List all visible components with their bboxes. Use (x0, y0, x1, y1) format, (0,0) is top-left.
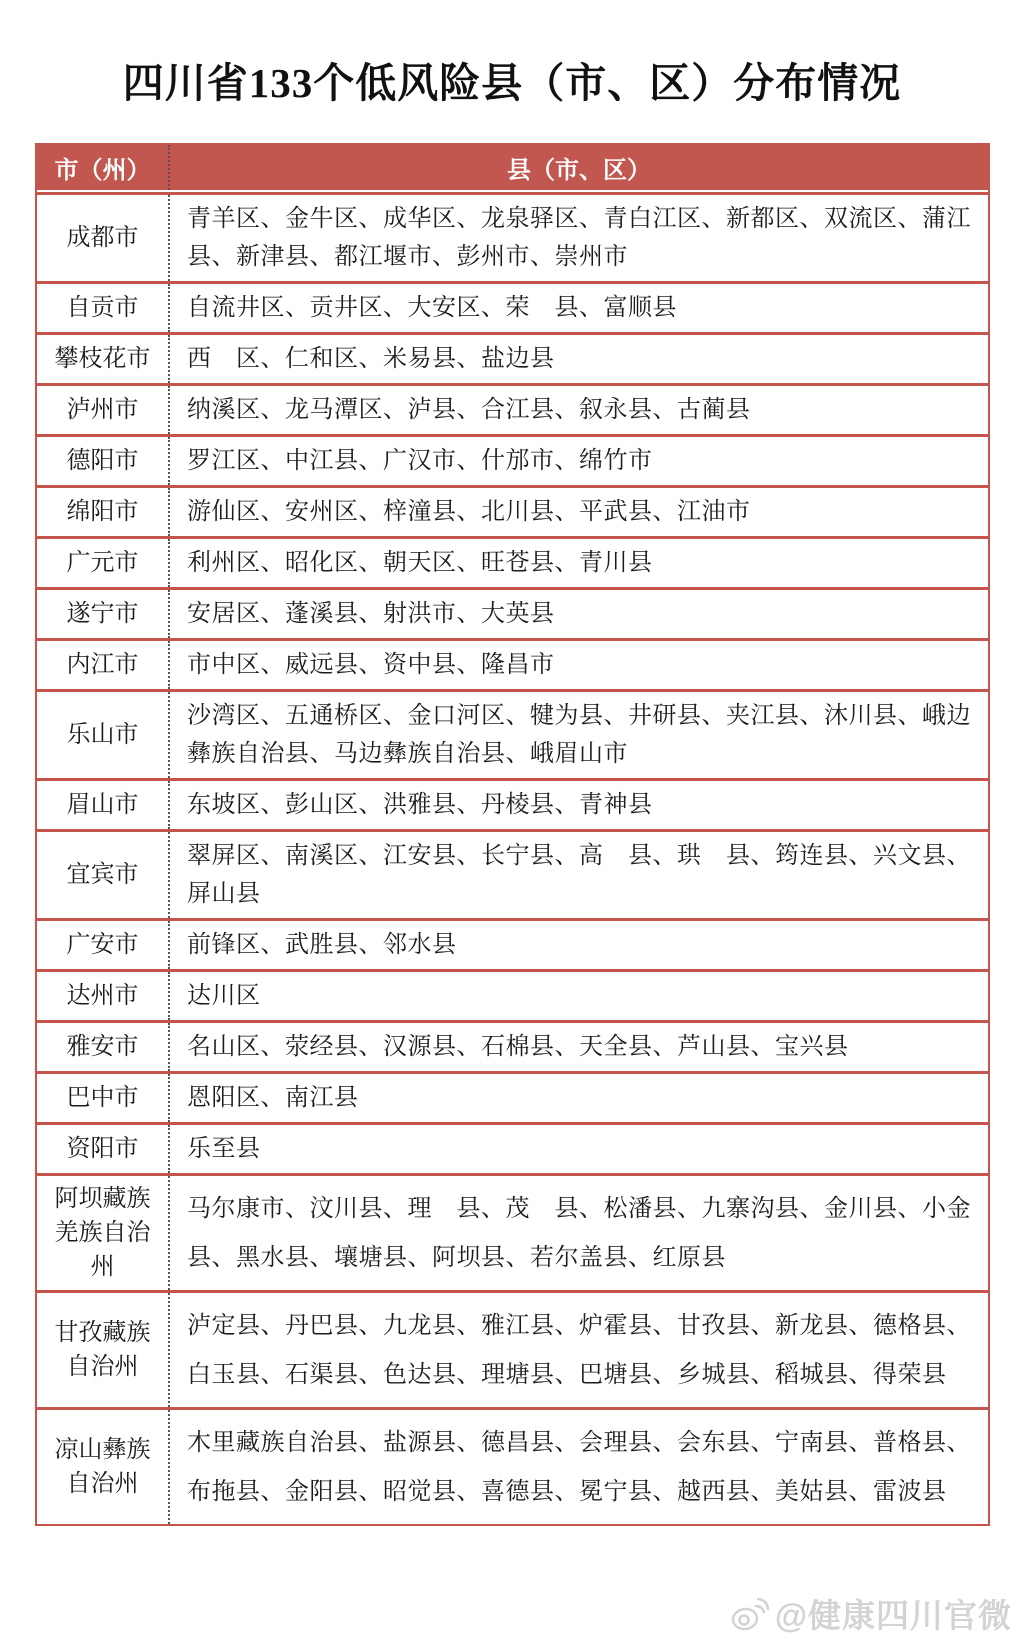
counties-cell: 东坡区、彭山区、洪雅县、丹棱县、青神县 (170, 781, 988, 829)
city-cell: 攀枝花市 (37, 335, 170, 383)
counties-cell: 罗江区、中江县、广汉市、什邡市、绵竹市 (170, 437, 988, 485)
counties-cell: 翠屏区、南溪区、江安县、长宁县、高 县、珙 县、筠连县、兴文县、屏山县 (170, 832, 988, 918)
table-row: 德阳市 罗江区、中江县、广汉市、什邡市、绵竹市 (37, 434, 988, 485)
city-cell: 自贡市 (37, 284, 170, 332)
city-cell: 巴中市 (37, 1074, 170, 1122)
counties-cell: 青羊区、金牛区、成华区、龙泉驿区、青白江区、新都区、双流区、蒲江县、新津县、都江… (170, 195, 988, 281)
city-cell: 泸州市 (37, 386, 170, 434)
city-cell: 凉山彝族自治州 (37, 1410, 170, 1524)
city-cell: 广元市 (37, 539, 170, 587)
counties-cell: 纳溪区、龙马潭区、泸县、合江县、叙永县、古蔺县 (170, 386, 988, 434)
city-cell: 乐山市 (37, 692, 170, 778)
counties-cell: 利州区、昭化区、朝天区、旺苍县、青川县 (170, 539, 988, 587)
counties-cell: 自流井区、贡井区、大安区、荣 县、富顺县 (170, 284, 988, 332)
table-row: 宜宾市 翠屏区、南溪区、江安县、长宁县、高 县、珙 县、筠连县、兴文县、屏山县 (37, 829, 988, 918)
table-row: 自贡市 自流井区、贡井区、大安区、荣 县、富顺县 (37, 281, 988, 332)
city-cell: 遂宁市 (37, 590, 170, 638)
page-title: 四川省133个低风险县（市、区）分布情况 (0, 50, 1024, 109)
city-cell: 阿坝藏族羌族自治州 (37, 1176, 170, 1290)
table-header-counties: 县（市、区） (170, 145, 988, 190)
table-row: 广安市 前锋区、武胜县、邻水县 (37, 918, 988, 969)
table-body: 成都市 青羊区、金牛区、成华区、龙泉驿区、青白江区、新都区、双流区、蒲江县、新津… (37, 192, 988, 1524)
city-cell: 成都市 (37, 195, 170, 281)
table-row: 广元市 利州区、昭化区、朝天区、旺苍县、青川县 (37, 536, 988, 587)
counties-cell: 市中区、威远县、资中县、隆昌市 (170, 641, 988, 689)
table-header-city: 市（州） (37, 145, 170, 190)
watermark-text: @健康四川官微 (775, 1590, 1012, 1637)
city-cell: 宜宾市 (37, 832, 170, 918)
counties-cell: 乐至县 (170, 1125, 988, 1173)
table-row: 眉山市 东坡区、彭山区、洪雅县、丹棱县、青神县 (37, 778, 988, 829)
table-row: 凉山彝族自治州 木里藏族自治县、盐源县、德昌县、会理县、会东县、宁南县、普格县、… (37, 1407, 988, 1524)
table-row: 达州市 达川区 (37, 969, 988, 1020)
table-row: 阿坝藏族羌族自治州 马尔康市、汶川县、理 县、茂 县、松潘县、九寨沟县、金川县、… (37, 1173, 988, 1290)
counties-cell: 游仙区、安州区、梓潼县、北川县、平武县、江油市 (170, 488, 988, 536)
table-row: 内江市 市中区、威远县、资中县、隆昌市 (37, 638, 988, 689)
counties-cell: 木里藏族自治县、盐源县、德昌县、会理县、会东县、宁南县、普格县、布拖县、金阳县、… (170, 1410, 988, 1524)
city-cell: 内江市 (37, 641, 170, 689)
table-row: 成都市 青羊区、金牛区、成华区、龙泉驿区、青白江区、新都区、双流区、蒲江县、新津… (37, 192, 988, 281)
city-cell: 甘孜藏族自治州 (37, 1293, 170, 1407)
city-cell: 雅安市 (37, 1023, 170, 1071)
counties-cell: 前锋区、武胜县、邻水县 (170, 921, 988, 969)
counties-cell: 名山区、荥经县、汉源县、石棉县、天全县、芦山县、宝兴县 (170, 1023, 988, 1071)
city-cell: 眉山市 (37, 781, 170, 829)
table-row: 泸州市 纳溪区、龙马潭区、泸县、合江县、叙永县、古蔺县 (37, 383, 988, 434)
counties-cell: 马尔康市、汶川县、理 县、茂 县、松潘县、九寨沟县、金川县、小金县、黑水县、壤塘… (170, 1176, 988, 1290)
counties-cell: 泸定县、丹巴县、九龙县、雅江县、炉霍县、甘孜县、新龙县、德格县、白玉县、石渠县、… (170, 1293, 988, 1407)
table-row: 甘孜藏族自治州 泸定县、丹巴县、九龙县、雅江县、炉霍县、甘孜县、新龙县、德格县、… (37, 1290, 988, 1407)
counties-cell: 达川区 (170, 972, 988, 1020)
city-cell: 德阳市 (37, 437, 170, 485)
table-row: 遂宁市 安居区、蓬溪县、射洪市、大英县 (37, 587, 988, 638)
table-row: 乐山市 沙湾区、五通桥区、金口河区、犍为县、井研县、夹江县、沐川县、峨边彝族自治… (37, 689, 988, 778)
table-row: 雅安市 名山区、荥经县、汉源县、石棉县、天全县、芦山县、宝兴县 (37, 1020, 988, 1071)
table-header-row: 市（州） 县（市、区） (37, 145, 988, 192)
counties-cell: 西 区、仁和区、米易县、盐边县 (170, 335, 988, 383)
table-row: 巴中市 恩阳区、南江县 (37, 1071, 988, 1122)
table-row: 攀枝花市 西 区、仁和区、米易县、盐边县 (37, 332, 988, 383)
counties-cell: 沙湾区、五通桥区、金口河区、犍为县、井研县、夹江县、沐川县、峨边彝族自治县、马边… (170, 692, 988, 778)
watermark: @健康四川官微 (729, 1590, 1012, 1637)
weibo-icon (729, 1593, 771, 1635)
counties-cell: 恩阳区、南江县 (170, 1074, 988, 1122)
table-row: 绵阳市 游仙区、安州区、梓潼县、北川县、平武县、江油市 (37, 485, 988, 536)
city-cell: 资阳市 (37, 1125, 170, 1173)
risk-distribution-table: 市（州） 县（市、区） 成都市 青羊区、金牛区、成华区、龙泉驿区、青白江区、新都… (35, 143, 990, 1526)
city-cell: 广安市 (37, 921, 170, 969)
counties-cell: 安居区、蓬溪县、射洪市、大英县 (170, 590, 988, 638)
city-cell: 达州市 (37, 972, 170, 1020)
table-row: 资阳市 乐至县 (37, 1122, 988, 1173)
city-cell: 绵阳市 (37, 488, 170, 536)
